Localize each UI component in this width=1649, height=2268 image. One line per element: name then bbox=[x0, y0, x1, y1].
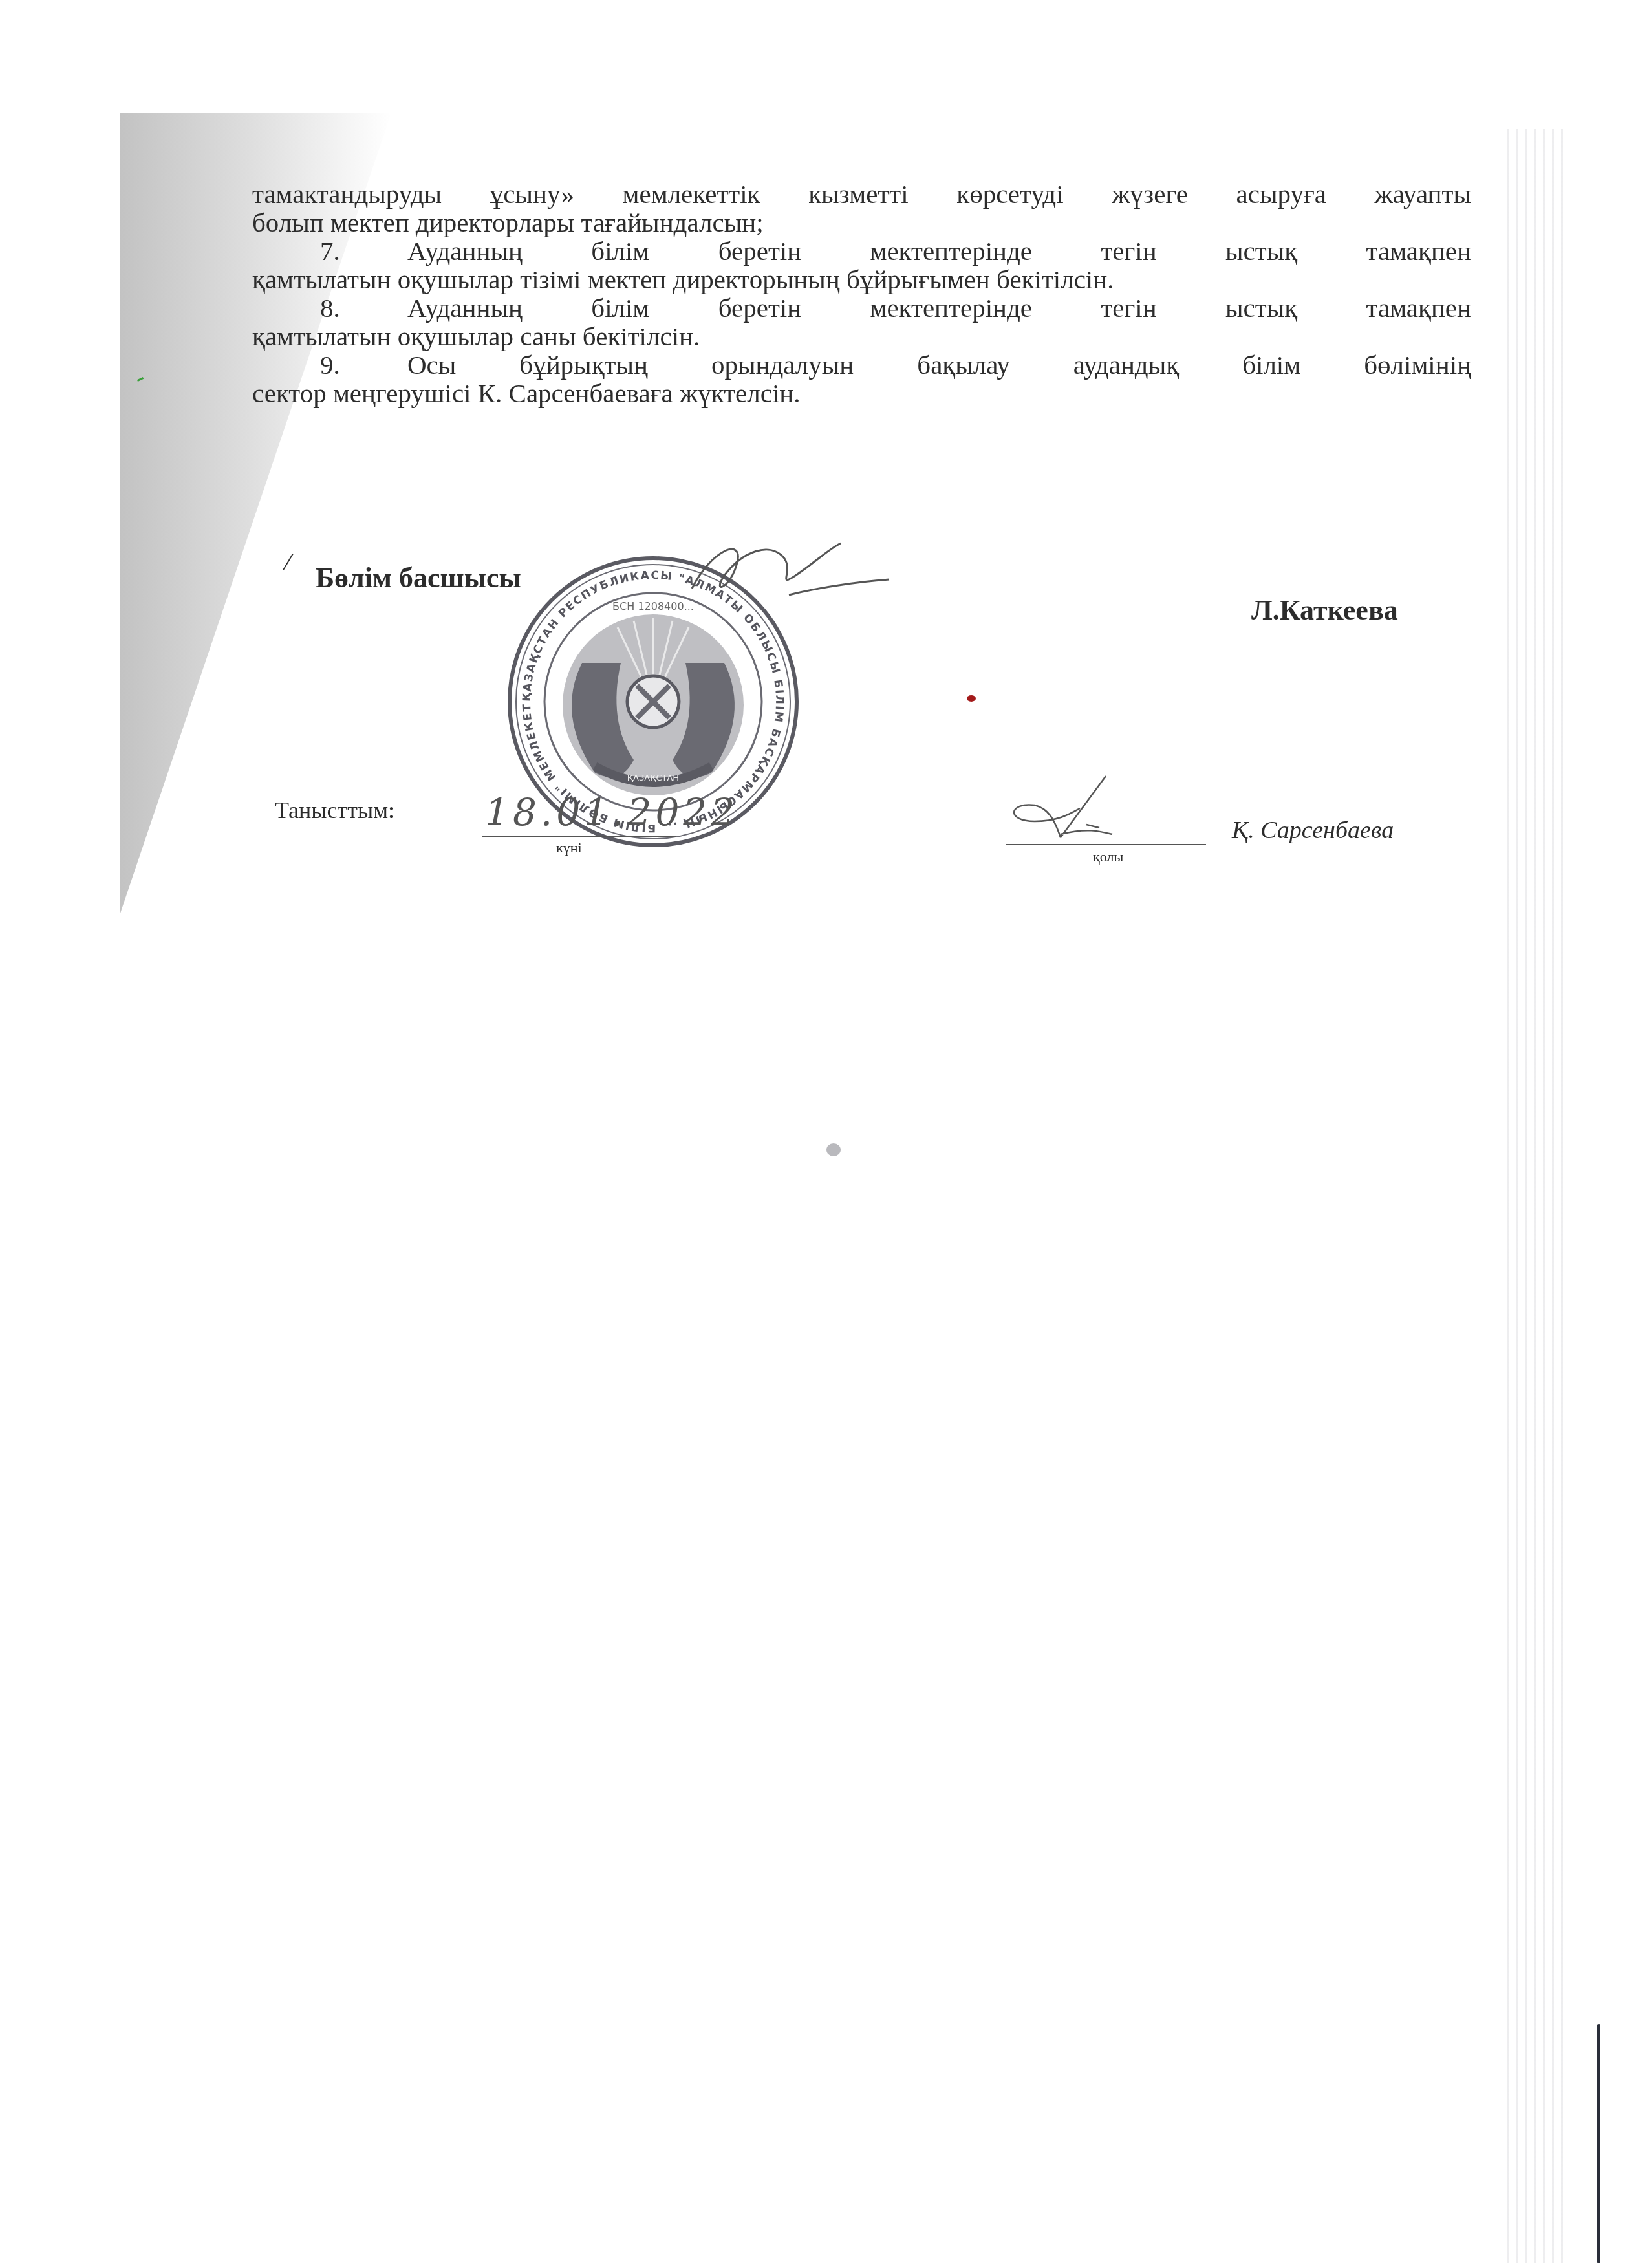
text-line: сектор меңгерушісі К. Сарсенбаеваға жүкт… bbox=[252, 379, 1471, 407]
item-8: 8.Ауданның білім беретін мектептерінде т… bbox=[252, 294, 1471, 322]
svg-text:ҚАЗАҚСТАН: ҚАЗАҚСТАН bbox=[627, 773, 679, 783]
acknowledged-label: Танысттым: bbox=[275, 797, 394, 824]
signature-icon bbox=[673, 537, 892, 627]
item-number: 9. bbox=[320, 351, 407, 379]
text-line: болып мектеп директорлары тағайындалсын; bbox=[252, 208, 1471, 237]
signature-icon bbox=[1009, 773, 1158, 844]
red-speck bbox=[967, 695, 976, 702]
date-caption: күні bbox=[556, 839, 582, 856]
signature-caption: қолы bbox=[1093, 848, 1123, 865]
item-text: Ауданның білім беретін мектептерінде тег… bbox=[407, 294, 1471, 322]
text-line: қамтылатын оқушылар тізімі мектеп директ… bbox=[252, 265, 1471, 294]
item-9: 9.Осы бұйрықтың орындалуын бақылау аудан… bbox=[252, 351, 1471, 379]
pen-mark: / bbox=[281, 546, 295, 577]
handwritten-date: 18.01.2022 bbox=[485, 790, 738, 834]
item-number: 7. bbox=[320, 237, 407, 265]
item-text: Осы бұйрықтың орындалуын бақылау ауданды… bbox=[407, 351, 1471, 379]
item-text: Ауданның білім беретін мектептерінде тег… bbox=[407, 237, 1471, 265]
scan-edge-mark bbox=[1597, 2024, 1600, 2263]
item-7: 7.Ауданның білім беретін мектептерінде т… bbox=[252, 237, 1471, 265]
text-line: тамактандыруды ұсыну» мемлекеттік кызмет… bbox=[252, 180, 1471, 208]
signatory-title: Бөлім басшысы bbox=[316, 561, 521, 594]
date-line bbox=[482, 836, 676, 837]
text-line: қамтылатын оқушылар саны бекітілсін. bbox=[252, 322, 1471, 351]
signature-line bbox=[1006, 844, 1206, 845]
scan-streaks bbox=[1507, 129, 1565, 2263]
item-number: 8. bbox=[320, 294, 407, 322]
signatory-name: Л.Каткеева bbox=[1251, 594, 1398, 627]
order-body: тамактандыруды ұсыну» мемлекеттік кызмет… bbox=[252, 180, 1471, 407]
acknowledging-person: Қ. Сарсенбаева bbox=[1232, 816, 1394, 845]
grey-speck bbox=[826, 1143, 841, 1156]
